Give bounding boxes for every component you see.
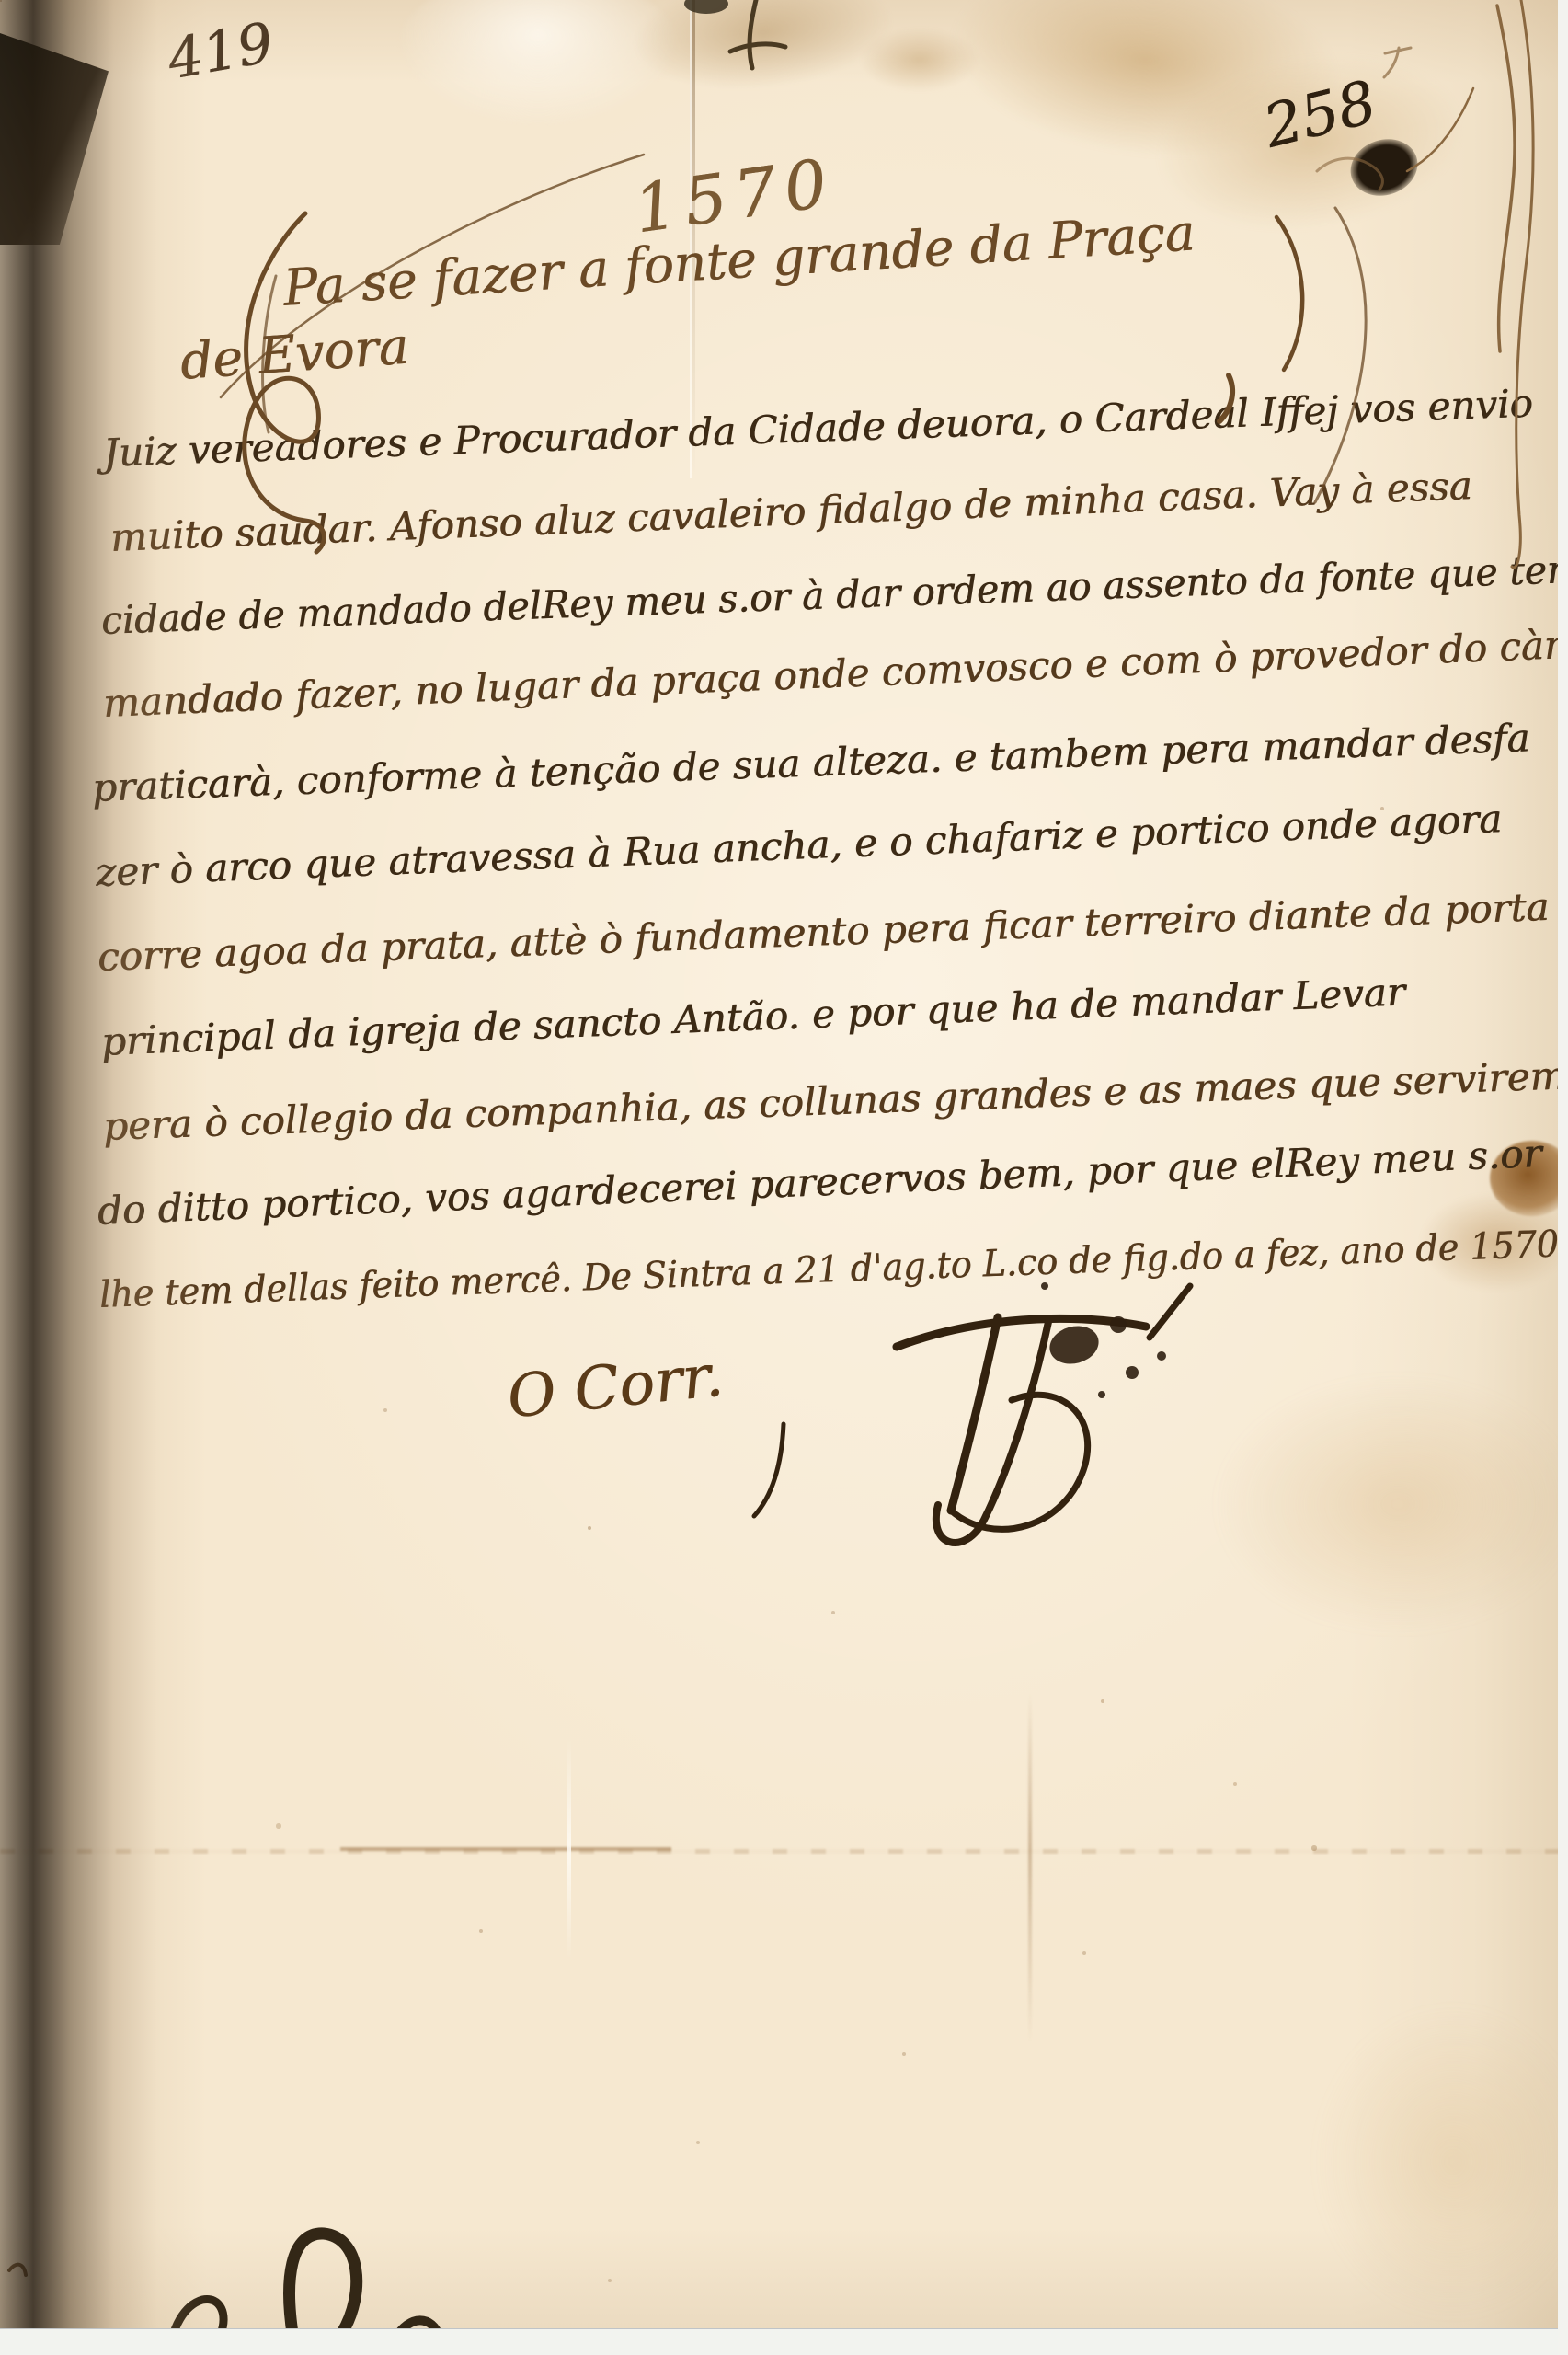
ink-flourishes (0, 0, 1568, 2355)
binding-shadow (0, 0, 207, 2355)
body-line: principal da igreja de sancto Antão. e p… (100, 973, 1405, 1062)
signature-text: O Corr. (505, 1347, 726, 1428)
faded-stain-bottom-right (1214, 1375, 1568, 1633)
body-line: do ditto portico, vos agardecerei parece… (97, 1134, 1542, 1231)
signature-rubric (754, 1282, 1190, 1543)
body-line: lhe tem dellas feito mercê. De Sintra a … (98, 1226, 1559, 1314)
faded-stain-mid-right (1315, 2005, 1568, 2318)
top-center-pen-mark (684, 0, 785, 68)
top-tan-patch-2 (937, 0, 1353, 179)
body-line: zer ò arco que atravessa à Rua ancha, e … (95, 799, 1503, 892)
horizontal-fold-crease (0, 1849, 1568, 1854)
top-tan-patch-4 (860, 28, 979, 92)
manuscript-page: 419 258 1570 Pa se fazer a fonte grande … (0, 0, 1568, 2355)
body-line: mandado fazer, no lugar da praça onde co… (102, 625, 1568, 723)
body-line: cidade de mandado delRey meu s.or à dar … (100, 550, 1568, 640)
scanner-right-edge (1558, 0, 1568, 2355)
heading-line-2: de Evora (178, 321, 410, 387)
heading-year: 1570 (630, 149, 839, 243)
vertical-crease-center-light (567, 1739, 571, 1959)
paper-shading (0, 0, 1568, 2355)
heading-opening-paraph (221, 155, 644, 552)
horizontal-fold-crease-strong (340, 1847, 671, 1851)
body-line: praticarà, conforme à tenção de sua alte… (91, 718, 1530, 808)
body-line: Juiz vereadores e Procurador da Cidade d… (102, 385, 1533, 473)
ink-blot-258 (1344, 131, 1425, 204)
vertical-crease-top (690, 0, 695, 478)
heading-closing-swash (1219, 208, 1366, 502)
top-left-corner-shadow (0, 33, 109, 245)
paper-speckles (0, 0, 2, 2)
folio-number-top-left: 419 (164, 16, 277, 88)
top-right-corner-curl-strokes (1317, 0, 1533, 568)
heading-line-1: Pa se fazer a fonte grande da Praça (281, 207, 1196, 314)
body-line: muito saudar. Afonso aluz cavaleiro fida… (109, 466, 1472, 557)
vertical-crease-lower (1028, 1693, 1032, 2042)
folio-number-top-right: 258 (1258, 73, 1381, 157)
ink-stain-right (1490, 1141, 1568, 1216)
ink-stain-right-halo (1421, 1194, 1568, 1291)
top-tan-patch-3 (1143, 34, 1477, 250)
top-tear-highlight (395, 0, 681, 129)
body-line: pera ò collegio da companhia, as colluna… (102, 1056, 1567, 1146)
body-line: corre agoa da prata, attè ò fundamento p… (97, 888, 1550, 977)
signature-ink-blots (1041, 1282, 1166, 1398)
top-tan-patch-1 (629, 0, 897, 100)
scanner-bottom-edge (0, 2328, 1568, 2355)
